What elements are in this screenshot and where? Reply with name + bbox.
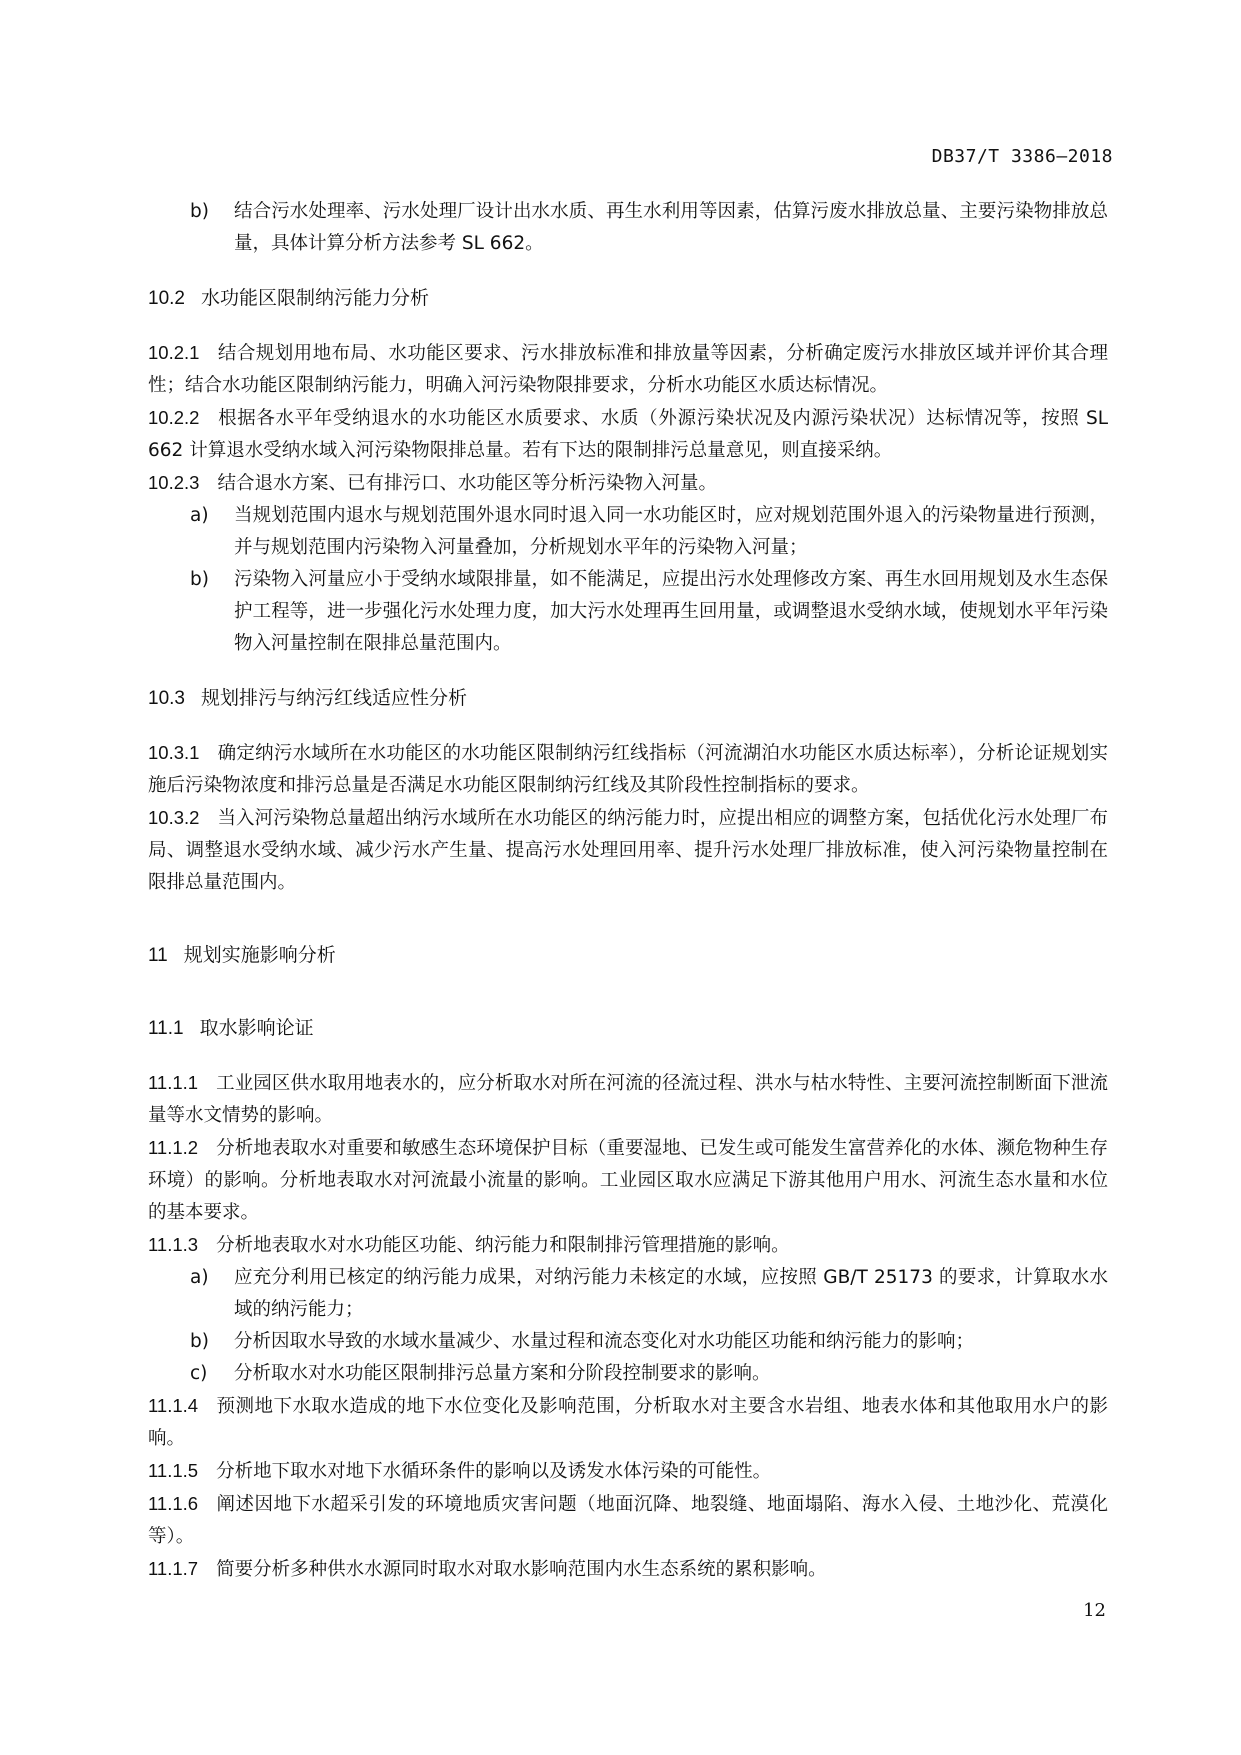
clause-11-1-1: 11.1.1工业园区供水取用地表水的，应分析取水对所在河流的径流过程、洪水与枯水… bbox=[148, 1067, 1108, 1132]
list-item-a: a) 当规划范围内退水与规划范围外退水同时退入同一水功能区时，应对规划范围外退入… bbox=[148, 500, 1108, 564]
chapter-heading-11: 11规划实施影响分析 bbox=[148, 939, 1108, 972]
list-text: 污染物入河量应小于受纳水域限排量，如不能满足，应提出污水处理修改方案、再生水回用… bbox=[190, 564, 1108, 660]
clause-11-1-6: 11.1.6阐述因地下水超采引发的环境地质灾害问题（地面沉降、地裂缝、地面塌陷、… bbox=[148, 1488, 1108, 1553]
list-text: 结合污水处理率、污水处理厂设计出水水质、再生水利用等因素，估算污废水排放总量、主… bbox=[190, 196, 1108, 260]
section-heading-11-1: 11.1取水影响论证 bbox=[148, 1012, 1108, 1045]
list-item-b: b) 分析因取水导致的水域水量减少、水量过程和流态变化对水功能区功能和纳污能力的… bbox=[148, 1326, 1108, 1358]
clause-10-2-2: 10.2.2根据各水平年受纳退水的水功能区水质要求、水质（外源污染状况及内源污染… bbox=[148, 402, 1108, 467]
list-item-c: c) 分析取水对水功能区限制排污总量方案和分阶段控制要求的影响。 bbox=[148, 1358, 1108, 1390]
list-marker: b) bbox=[190, 196, 220, 228]
clause-10-3-1: 10.3.1确定纳污水域所在水功能区的水功能区限制纳污红线指标（河流湖泊水功能区… bbox=[148, 737, 1108, 802]
list-marker: b) bbox=[190, 1326, 220, 1358]
list-marker: a) bbox=[190, 500, 220, 532]
list-text: 当规划范围内退水与规划范围外退水同时退入同一水功能区时，应对规划范围外退入的污染… bbox=[190, 500, 1108, 564]
clause-11-1-2: 11.1.2分析地表取水对重要和敏感生态环境保护目标（重要湿地、已发生或可能发生… bbox=[148, 1132, 1108, 1229]
list-item-b: b) 结合污水处理率、污水处理厂设计出水水质、再生水利用等因素，估算污废水排放总… bbox=[148, 196, 1108, 260]
clause-11-1-7: 11.1.7简要分析多种供水水源同时取水对取水影响范围内水生态系统的累积影响。 bbox=[148, 1553, 1108, 1586]
list-text: 分析因取水导致的水域水量减少、水量过程和流态变化对水功能区功能和纳污能力的影响； bbox=[190, 1326, 1108, 1358]
list-item-a: a) 应充分利用已核定的纳污能力成果，对纳污能力未核定的水域，应按照 GB/T … bbox=[148, 1262, 1108, 1326]
section-heading-10-3: 10.3规划排污与纳污红线适应性分析 bbox=[148, 682, 1108, 715]
list-item-b: b) 污染物入河量应小于受纳水域限排量，如不能满足，应提出污水处理修改方案、再生… bbox=[148, 564, 1108, 660]
list-marker: b) bbox=[190, 564, 220, 596]
clause-11-1-3: 11.1.3分析地表取水对水功能区功能、纳污能力和限制排污管理措施的影响。 bbox=[148, 1229, 1108, 1262]
clause-10-3-2: 10.3.2当入河污染物总量超出纳污水域所在水功能区的纳污能力时，应提出相应的调… bbox=[148, 802, 1108, 899]
list-marker: c) bbox=[190, 1358, 220, 1390]
clause-10-2-1: 10.2.1结合规划用地布局、水功能区要求、污水排放标准和排放量等因素，分析确定… bbox=[148, 337, 1108, 402]
page-number: 12 bbox=[1083, 1600, 1106, 1621]
clause-11-1-4: 11.1.4预测地下水取水造成的地下水位变化及影响范围，分析取水对主要含水岩组、… bbox=[148, 1390, 1108, 1455]
list-text: 应充分利用已核定的纳污能力成果，对纳污能力未核定的水域，应按照 GB/T 251… bbox=[190, 1262, 1108, 1326]
document-code-header: DB37/T 3386—2018 bbox=[932, 146, 1113, 167]
section-heading-10-2: 10.2水功能区限制纳污能力分析 bbox=[148, 282, 1108, 315]
page-body: b) 结合污水处理率、污水处理厂设计出水水质、再生水利用等因素，估算污废水排放总… bbox=[148, 196, 1108, 1586]
list-marker: a) bbox=[190, 1262, 220, 1294]
list-text: 分析取水对水功能区限制排污总量方案和分阶段控制要求的影响。 bbox=[190, 1358, 1108, 1390]
clause-10-2-3: 10.2.3结合退水方案、已有排污口、水功能区等分析污染物入河量。 bbox=[148, 467, 1108, 500]
clause-11-1-5: 11.1.5分析地下取水对地下水循环条件的影响以及诱发水体污染的可能性。 bbox=[148, 1455, 1108, 1488]
